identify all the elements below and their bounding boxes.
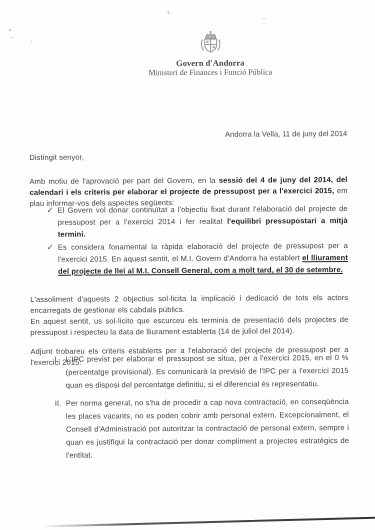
- scan-speck: [263, 18, 265, 19]
- criterion-item-ipc: I.L'IPC previst per elaborar el pressupo…: [31, 351, 349, 392]
- checkmark-icon: ✓: [47, 205, 54, 217]
- criterion-item-hiring: II.Per norma general, no s'ha de procedi…: [31, 395, 349, 462]
- bullet-item-deadline: ✓Es considera fonamental la ràpida elabo…: [30, 240, 348, 278]
- criterion-number: II.: [55, 397, 62, 410]
- dateline: Andorra la Vella, 11 de juny del 2014: [29, 129, 347, 140]
- scan-speck: [31, 41, 32, 42]
- letter-content: Govern d'Andorra Ministeri de Finances i…: [0, 0, 375, 530]
- criterion1-text: L'IPC previst per elaborar el pressupost…: [66, 353, 349, 390]
- letterhead: Govern d'Andorra Ministeri de Finances i…: [23, 29, 375, 79]
- paragraph-objectives: L'assoliment d'aquests 2 objectius sol·l…: [30, 292, 348, 316]
- scan-speck: [11, 37, 13, 38]
- salutation: Distingit senyor,: [29, 150, 347, 163]
- department-name: Ministeri de Finances i Funció Pública: [23, 67, 375, 79]
- bullet-item-continuity: ✓El Govern vol donar continuïtat a l'obj…: [30, 203, 348, 241]
- scan-speck: [9, 29, 11, 31]
- checkmark-icon: ✓: [47, 242, 54, 254]
- criterion2-text: Per norma general, no s'ha de procedir a…: [66, 397, 349, 460]
- scan-artifact-plus: +: [166, 8, 171, 17]
- andorra-coat-of-arms-icon: [197, 30, 223, 56]
- criterion-number: I.: [55, 353, 59, 366]
- paragraph-deadlines: En aquest sentit, us sol·licito que escu…: [30, 314, 348, 338]
- scanned-letter-page: Govern d'Andorra Ministeri de Finances i…: [0, 0, 375, 530]
- intro-text-normal: Amb motiu de l'aprovació per part del Go…: [29, 175, 218, 185]
